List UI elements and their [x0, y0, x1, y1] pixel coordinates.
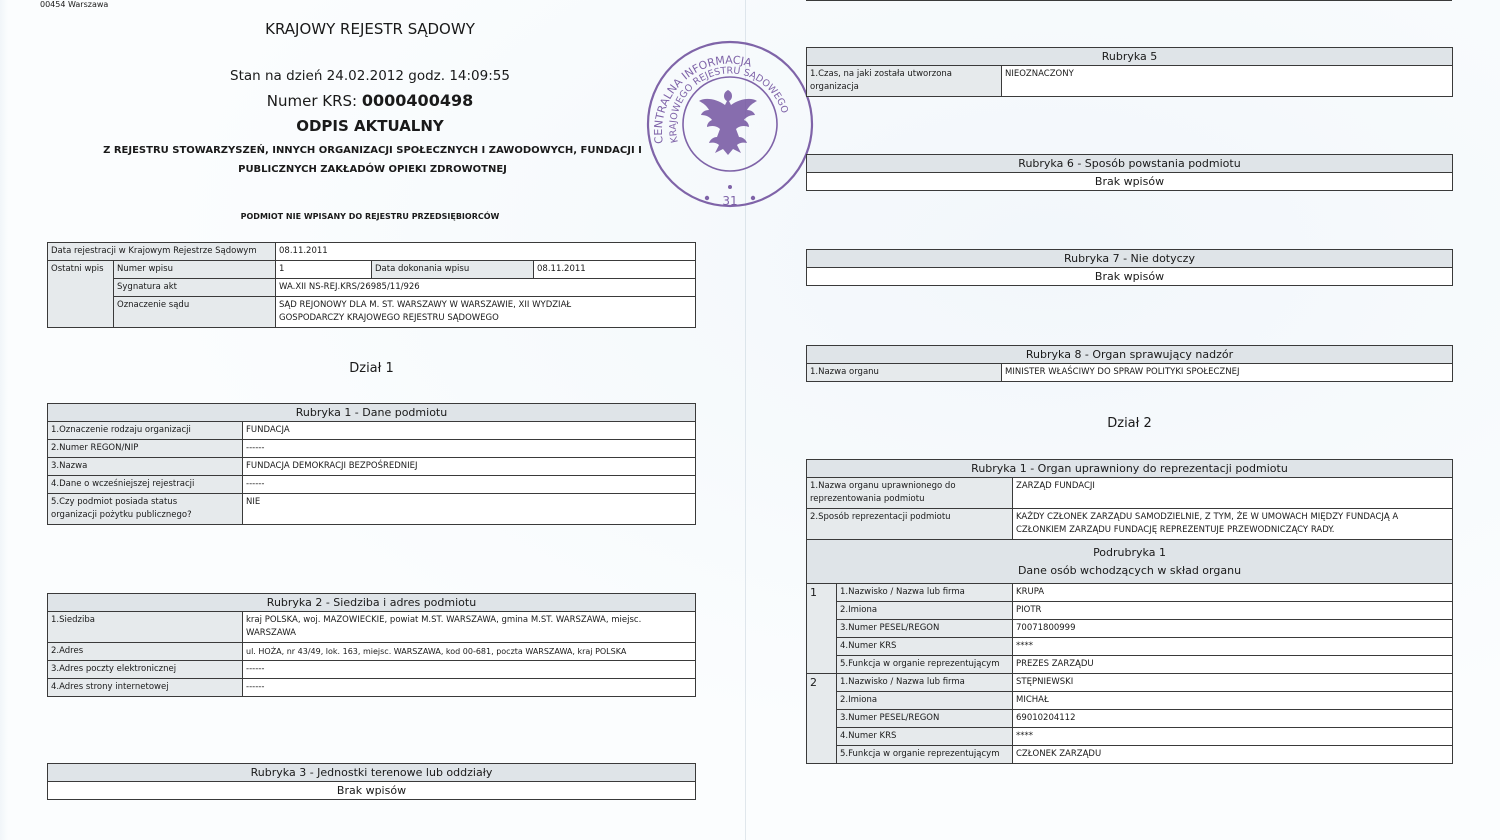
previous-table-bottom-edge: [806, 0, 1452, 1]
field-value: ul. HOŻA, nr 43/49, lok. 163, miejsc. WA…: [243, 643, 696, 661]
field-value: ------: [243, 661, 696, 679]
registry-title: KRAJOWY REJESTR SĄDOWY: [170, 20, 570, 38]
person-field-label: 2.Imiona: [837, 602, 1013, 620]
field-value: ------: [243, 440, 696, 458]
field-label: 1.Czas, na jaki została utworzona organi…: [807, 66, 1002, 97]
podrubryka-header: Podrubryka 1 Dane osób wchodzących w skł…: [807, 540, 1453, 584]
person-field-value: PIOTR: [1013, 602, 1453, 620]
person-number: 1: [807, 584, 837, 674]
rubryka-8-table: Rubryka 8 - Organ sprawujący nadzór 1.Na…: [806, 345, 1453, 382]
eagle-emblem-icon: [699, 90, 757, 155]
person-field-value: STĘPNIEWSKI: [1013, 674, 1453, 692]
krs-number: 0000400498: [362, 91, 473, 110]
field-value: NIE: [243, 494, 696, 525]
field-value: FUNDACJA: [243, 422, 696, 440]
state-as-of: Stan na dzień 24.02.2012 godz. 14:09:55: [170, 68, 570, 84]
register-name: Z REJESTRU STOWARZYSZEŃ, INNYCH ORGANIZA…: [60, 141, 685, 179]
person-field-value: ****: [1013, 728, 1453, 746]
last-entry-label: Ostatni wpis: [48, 261, 114, 328]
address-line: 00454 Warszawa: [40, 0, 108, 9]
rubryka-6-table: Rubryka 6 - Sposób powstania podmiotu Br…: [806, 154, 1453, 191]
dzial-2-rubryka-1-table: Rubryka 1 - Organ uprawniony do reprezen…: [806, 459, 1453, 764]
section-title-dzial-1: Dział 1: [47, 361, 696, 376]
section-title-dzial-2: Dział 2: [806, 416, 1453, 431]
person-number: 2: [807, 674, 837, 764]
field-label: 2.Adres: [48, 643, 243, 661]
entry-date-value: 08.11.2011: [534, 261, 696, 279]
podrubryka-subtitle: Dane osób wchodzących w skład organu: [810, 562, 1449, 580]
rubryka-1-title: Rubryka 1 - Dane podmiotu: [48, 404, 696, 422]
field-value: kraj POLSKA, woj. MAZOWIECKIE, powiat M.…: [243, 612, 696, 643]
person-field-label: 4.Numer KRS: [837, 638, 1013, 656]
rubryka-2-title: Rubryka 2 - Siedziba i adres podmiotu: [48, 594, 696, 612]
person-field-label: 2.Imiona: [837, 692, 1013, 710]
empty-entries: Brak wpisów: [807, 268, 1453, 286]
field-value: ------: [243, 476, 696, 494]
field-label: 1.Nazwa organu uprawnionego do reprezent…: [807, 478, 1013, 509]
person-field-label: 1.Nazwisko / Nazwa lub firma: [837, 584, 1013, 602]
entry-no-value: 1: [276, 261, 372, 279]
entry-date-label: Data dokonania wpisu: [372, 261, 534, 279]
official-stamp: CENTRALNA INFORMACJA KRAJOWEGO REJESTRU …: [644, 38, 816, 210]
field-value: ------: [243, 679, 696, 697]
person-field-label: 3.Numer PESEL/REGON: [837, 710, 1013, 728]
person-field-value: 69010204112: [1013, 710, 1453, 728]
field-label: 3.Adres poczty elektronicznej: [48, 661, 243, 679]
field-label: 2.Sposób reprezentacji podmiotu: [807, 509, 1013, 540]
person-field-label: 4.Numer KRS: [837, 728, 1013, 746]
entrepreneur-note: PODMIOT NIE WPISANY DO REJESTRU PRZEDSIĘ…: [170, 212, 570, 221]
rubryka-3-table: Rubryka 3 - Jednostki terenowe lub oddzi…: [47, 763, 696, 800]
field-value: KAŻDY CZŁONEK ZARZĄDU SAMODZIELNIE, Z TY…: [1013, 509, 1453, 540]
registration-table: Data rejestracji w Krajowym Rejestrze Są…: [47, 242, 696, 328]
reg-date-label: Data rejestracji w Krajowym Rejestrze Są…: [48, 243, 276, 261]
field-label: 4.Dane o wcześniejszej rejestracji: [48, 476, 243, 494]
person-field-value: ****: [1013, 638, 1453, 656]
empty-entries: Brak wpisów: [807, 173, 1453, 191]
field-label: 3.Nazwa: [48, 458, 243, 476]
field-value: MINISTER WŁAŚCIWY DO SPRAW POLITYKI SPOŁ…: [1002, 364, 1453, 382]
rubryka-2-table: Rubryka 2 - Siedziba i adres podmiotu 1.…: [47, 593, 696, 697]
field-value: FUNDACJA DEMOKRACJI BEZPOŚREDNIEJ: [243, 458, 696, 476]
rubryka-1-table: Rubryka 1 - Dane podmiotu 1.Oznaczenie r…: [47, 403, 696, 525]
field-label: 1.Siedziba: [48, 612, 243, 643]
stamp-number: 31: [722, 194, 737, 208]
rubryka-3-title: Rubryka 3 - Jednostki terenowe lub oddzi…: [48, 764, 696, 782]
d2-rubryka-1-title: Rubryka 1 - Organ uprawniony do reprezen…: [807, 460, 1453, 478]
empty-entries: Brak wpisów: [48, 782, 696, 800]
person-field-value: PREZES ZARZĄDU: [1013, 656, 1453, 674]
podrubryka-title: Podrubryka 1: [810, 544, 1449, 562]
person-field-label: 1.Nazwisko / Nazwa lub firma: [837, 674, 1013, 692]
krs-label: Numer KRS:: [267, 92, 357, 110]
rubryka-5-table: Rubryka 5 1.Czas, na jaki została utworz…: [806, 47, 1453, 97]
field-label: 2.Numer REGON/NIP: [48, 440, 243, 458]
case-value: WA.XII NS-REJ.KRS/26985/11/926: [276, 279, 696, 297]
person-field-label: 5.Funkcja w organie reprezentującym: [837, 746, 1013, 764]
person-field-label: 3.Numer PESEL/REGON: [837, 620, 1013, 638]
register-line-1: Z REJESTRU STOWARZYSZEŃ, INNYCH ORGANIZA…: [60, 141, 685, 160]
reg-date-value: 08.11.2011: [276, 243, 696, 261]
field-label: 4.Adres strony internetowej: [48, 679, 243, 697]
document-type: ODPIS AKTUALNY: [170, 117, 570, 135]
person-field-value: CZŁONEK ZARZĄDU: [1013, 746, 1453, 764]
rubryka-5-title: Rubryka 5: [807, 48, 1453, 66]
field-value: NIEOZNACZONY: [1002, 66, 1453, 97]
field-value: ZARZĄD FUNDACJI: [1013, 478, 1453, 509]
field-label: 1.Oznaczenie rodzaju organizacji: [48, 422, 243, 440]
rubryka-8-title: Rubryka 8 - Organ sprawujący nadzór: [807, 346, 1453, 364]
person-field-label: 5.Funkcja w organie reprezentującym: [837, 656, 1013, 674]
krs-number-line: Numer KRS: 0000400498: [170, 91, 570, 110]
person-field-value: 70071800999: [1013, 620, 1453, 638]
register-line-2: PUBLICZNYCH ZAKŁADÓW OPIEKI ZDROWOTNEJ: [60, 160, 685, 179]
entry-no-label: Numer wpisu: [114, 261, 276, 279]
rubryka-7-table: Rubryka 7 - Nie dotyczy Brak wpisów: [806, 249, 1453, 286]
rubryka-7-title: Rubryka 7 - Nie dotyczy: [807, 250, 1453, 268]
rubryka-6-title: Rubryka 6 - Sposób powstania podmiotu: [807, 155, 1453, 173]
case-label: Sygnatura akt: [114, 279, 276, 297]
person-field-value: KRUPA: [1013, 584, 1453, 602]
field-label: 5.Czy podmiot posiada status organizacji…: [48, 494, 243, 525]
court-value: SĄD REJONOWY DLA M. ST. WARSZAWY W WARSZ…: [276, 297, 696, 328]
court-label: Oznaczenie sądu: [114, 297, 276, 328]
field-label: 1.Nazwa organu: [807, 364, 1002, 382]
person-field-value: MICHAŁ: [1013, 692, 1453, 710]
